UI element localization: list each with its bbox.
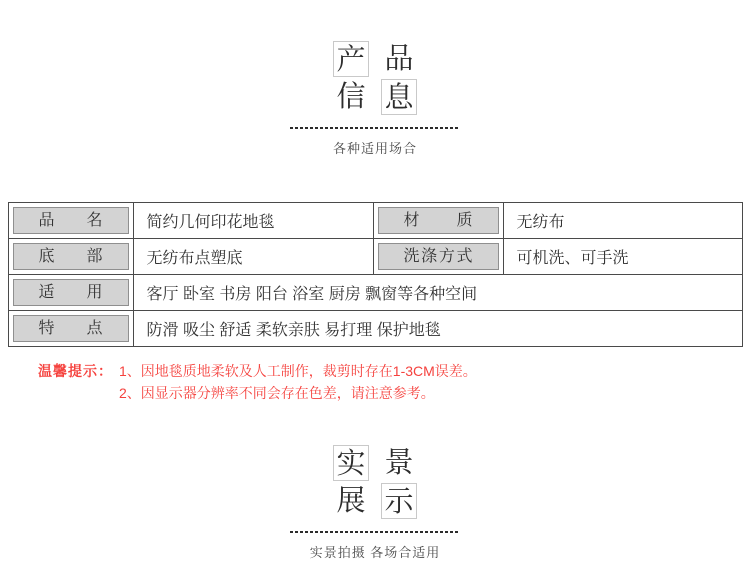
title-char: 实 (333, 445, 369, 481)
spec-label-cell: 特点 (8, 311, 133, 347)
spec-row: 品名 简约几何印花地毯 材质 无纺布 (8, 203, 742, 239)
header-line-1: 产 品 (0, 40, 750, 78)
section-subtitle: 实景拍摄 各场合适用 (0, 542, 750, 560)
warm-tips-line-2: 2、因显示器分辨率不同会存在色差，请注意参考。 (119, 382, 477, 404)
spec-label: 适用 (13, 279, 129, 306)
spec-label: 品名 (13, 207, 129, 234)
spec-label-cell: 品名 (8, 203, 133, 239)
product-detail-page: 产 品 信 息 各种适用场合 品名 简约几何印花地毯 材质 无纺布 底部 (0, 0, 750, 587)
spec-label-cell: 洗涤方式 (373, 239, 503, 275)
header-line-2: 展 示 (0, 482, 750, 520)
spec-label: 洗涤方式 (378, 243, 499, 270)
spec-label: 底部 (13, 243, 129, 270)
product-info-header: 产 品 信 息 各种适用场合 (0, 0, 750, 156)
dashed-divider (290, 127, 460, 129)
title-char: 产 (333, 41, 369, 77)
spec-value: 防滑 吸尘 舒适 柔软亲肤 易打理 保护地毯 (133, 311, 742, 347)
spec-value: 无纺布点塑底 (133, 239, 373, 275)
spec-value: 简约几何印花地毯 (133, 203, 373, 239)
spec-row: 适用 客厅 卧室 书房 阳台 浴室 厨房 飘窗等各种空间 (8, 275, 742, 311)
section-subtitle: 各种适用场合 (0, 138, 750, 156)
title-char: 景 (381, 445, 417, 481)
title-char: 信 (333, 79, 369, 115)
title-char: 品 (381, 41, 417, 77)
spec-label-cell: 材质 (373, 203, 503, 239)
warm-tips-title: 温馨提示： (38, 360, 113, 382)
spec-label: 材质 (378, 207, 499, 234)
spec-label-cell: 底部 (8, 239, 133, 275)
warm-tips-line-1: 1、因地毯质地柔软及人工制作，裁剪时存在1-3CM误差。 (119, 360, 477, 382)
spec-value: 可机洗、可手洗 (503, 239, 742, 275)
showcase-header: 实 景 展 示 实景拍摄 各场合适用 (0, 444, 750, 560)
title-char: 息 (381, 79, 417, 115)
dashed-divider (290, 531, 460, 533)
header-line-2: 信 息 (0, 78, 750, 116)
spec-row: 特点 防滑 吸尘 舒适 柔软亲肤 易打理 保护地毯 (8, 311, 742, 347)
warm-tips-lines: 1、因地毯质地柔软及人工制作，裁剪时存在1-3CM误差。 2、因显示器分辨率不同… (119, 360, 477, 404)
warm-tips: 温馨提示： 1、因地毯质地柔软及人工制作，裁剪时存在1-3CM误差。 2、因显示… (38, 360, 750, 404)
spec-label-cell: 适用 (8, 275, 133, 311)
header-line-1: 实 景 (0, 444, 750, 482)
spec-value: 无纺布 (503, 203, 742, 239)
spec-label: 特点 (13, 315, 129, 342)
title-char: 示 (381, 483, 417, 519)
title-char: 展 (333, 483, 369, 519)
spec-row: 底部 无纺布点塑底 洗涤方式 可机洗、可手洗 (8, 239, 742, 275)
spec-value: 客厅 卧室 书房 阳台 浴室 厨房 飘窗等各种空间 (133, 275, 742, 311)
product-spec-table: 品名 简约几何印花地毯 材质 无纺布 底部 无纺布点塑底 洗涤方式 可机洗、可手… (8, 202, 743, 347)
